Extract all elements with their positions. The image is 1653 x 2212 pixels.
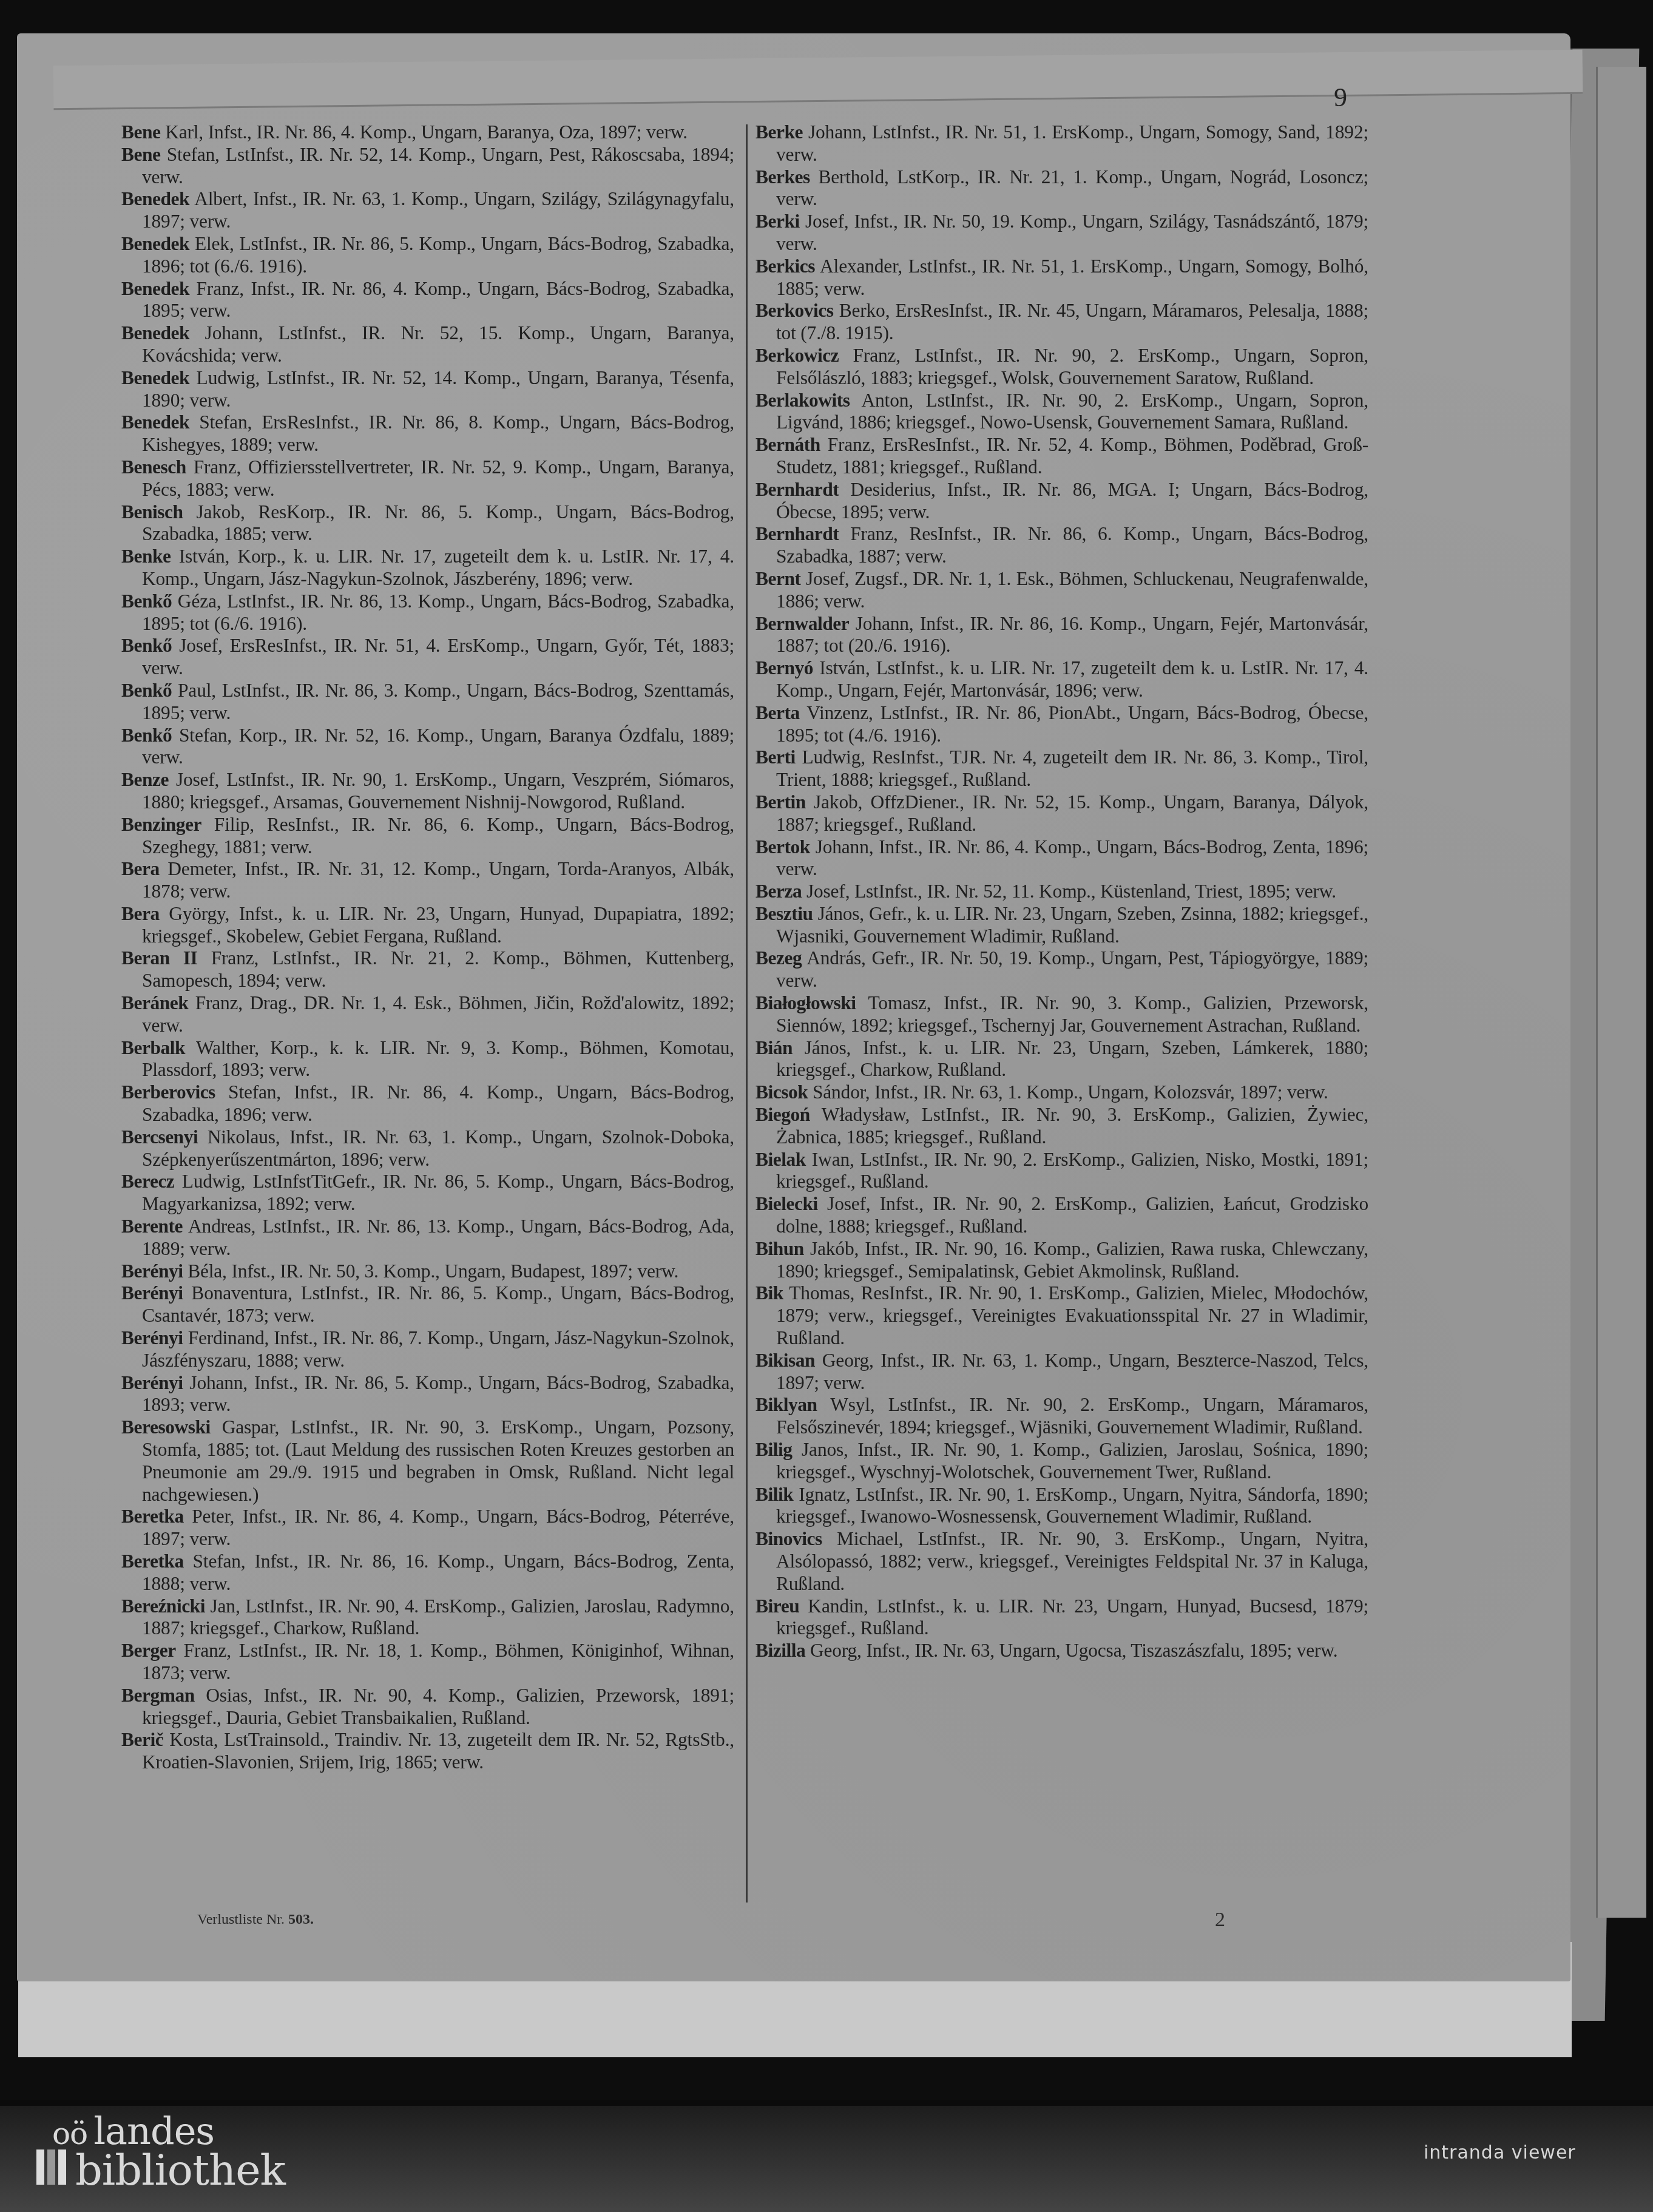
casualty-entry: Bereźnicki Jan, LstInfst., IR. Nr. 90, 4… [121, 1595, 734, 1640]
entry-surname: Benedek [121, 278, 189, 299]
entry-details: Kandin, LstInfst., k. u. LIR. Nr. 23, Un… [776, 1595, 1368, 1639]
casualty-entry: Bernwalder Johann, Infst., IR. Nr. 86, 1… [756, 613, 1368, 658]
entry-details: Władysław, LstInfst., IR. Nr. 90, 3. Ers… [776, 1104, 1368, 1148]
casualty-entry: Berényi Johann, Infst., IR. Nr. 86, 5. K… [121, 1372, 734, 1417]
casualty-entry: Bielecki Josef, Infst., IR. Nr. 90, 2. E… [756, 1193, 1368, 1238]
logo-bars-icon [36, 2145, 69, 2195]
casualty-entry: Berberovics Stefan, Infst., IR. Nr. 86, … [121, 1081, 734, 1126]
entry-details: Osias, Infst., IR. Nr. 90, 4. Komp., Gal… [142, 1685, 734, 1728]
casualty-entry: Biklyan Wsyl, LstInfst., IR. Nr. 90, 2. … [756, 1394, 1368, 1439]
entry-surname: Berti [756, 746, 796, 768]
entry-surname: Berkes [756, 166, 810, 188]
entry-surname: Berta [756, 702, 800, 723]
entry-details: Ferdinand, Infst., IR. Nr. 86, 7. Komp.,… [142, 1327, 734, 1371]
entry-details: Franz, ResInfst., IR. Nr. 86, 6. Komp., … [776, 523, 1368, 567]
entry-details: Franz, Infst., IR. Nr. 86, 4. Komp., Ung… [142, 278, 734, 322]
entry-details: Albert, Infst., IR. Nr. 63, 1. Komp., Un… [142, 188, 734, 232]
entry-surname: Benedek [121, 322, 189, 343]
entry-details: Filip, ResInfst., IR. Nr. 86, 6. Komp., … [142, 814, 734, 857]
entry-surname: Berecz [121, 1171, 174, 1192]
casualty-entry: Beretka Peter, Infst., IR. Nr. 86, 4. Ko… [121, 1506, 734, 1551]
entry-surname: Berbalk [121, 1037, 185, 1058]
entry-surname: Bikisan [756, 1350, 815, 1371]
entry-surname: Bezeg [756, 947, 802, 969]
column-divider [746, 124, 748, 1903]
entry-surname: Benisch [121, 501, 183, 523]
entry-surname: Bernwalder [756, 613, 849, 634]
casualty-entry: Bertin Jakob, OffzDiener., IR. Nr. 52, 1… [756, 791, 1368, 836]
casualty-entry: Benesch Franz, Offiziersstellvertreter, … [121, 456, 734, 501]
entry-surname: Bilig [756, 1439, 793, 1460]
casualty-entry: Berger Franz, LstInfst., IR. Nr. 18, 1. … [121, 1640, 734, 1685]
entry-details: Kosta, LstTrainsold., Traindiv. Nr. 13, … [142, 1729, 734, 1773]
entry-details: Desiderius, Infst., IR. Nr. 86, MGA. I; … [776, 479, 1368, 523]
entry-surname: Benedek [121, 233, 189, 254]
entry-details: Berko, ErsResInfst., IR. Nr. 45, Ungarn,… [776, 300, 1368, 343]
entry-surname: Benkő [121, 680, 172, 701]
entry-surname: Bielak [756, 1149, 806, 1170]
entry-surname: Benesch [121, 456, 186, 478]
casualty-entry: Bilig Janos, Infst., IR. Nr. 90, 1. Komp… [756, 1439, 1368, 1484]
casualty-entry: Bercsenyi Nikolaus, Infst., IR. Nr. 63, … [121, 1126, 734, 1171]
casualty-entry: Benedek Ludwig, LstInfst., IR. Nr. 52, 1… [121, 367, 734, 412]
entry-surname: Bernt [756, 568, 800, 589]
casualty-entry: Beretka Stefan, Infst., IR. Nr. 86, 16. … [121, 1551, 734, 1595]
entry-surname: Bertok [756, 836, 810, 857]
right-column: Berke Johann, LstInfst., IR. Nr. 51, 1. … [756, 121, 1368, 1662]
casualty-entry: Bizilla Georg, Infst., IR. Nr. 63, Ungar… [756, 1640, 1368, 1662]
casualty-entry: Bernt Josef, Zugsf., DR. Nr. 1, 1. Esk.,… [756, 568, 1368, 613]
entry-details: Franz, ErsResInfst., IR. Nr. 52, 4. Komp… [776, 434, 1368, 478]
entry-details: Stefan, ErsResInfst., IR. Nr. 86, 8. Kom… [142, 411, 734, 455]
casualty-entry: Bián János, Infst., k. u. LIR. Nr. 23, U… [756, 1037, 1368, 1082]
entry-surname: Benedek [121, 411, 189, 433]
entry-surname: Bereźnicki [121, 1595, 205, 1617]
entry-surname: Bera [121, 903, 160, 924]
casualty-entry: Białogłowski Tomasz, Infst., IR. Nr. 90,… [756, 992, 1368, 1037]
entry-details: Georg, Infst., IR. Nr. 63, 1. Komp., Ung… [776, 1350, 1368, 1393]
entry-details: Vinzenz, LstInfst., IR. Nr. 86, PionAbt.… [776, 702, 1368, 746]
entry-surname: Berger [121, 1640, 176, 1661]
entry-details: Jakob, ResKorp., IR. Nr. 86, 5. Komp., U… [142, 501, 734, 545]
entry-details: Thomas, ResInfst., IR. Nr. 90, 1. ErsKom… [776, 1282, 1368, 1348]
casualty-entry: Berényi Ferdinand, Infst., IR. Nr. 86, 7… [121, 1327, 734, 1372]
entry-surname: Berente [121, 1216, 183, 1237]
entry-surname: Beran II [121, 947, 197, 969]
entry-surname: Bizilla [756, 1640, 805, 1661]
entry-surname: Besztiu [756, 903, 813, 924]
entry-surname: Berič [121, 1729, 163, 1750]
entry-details: Iwan, LstInfst., IR. Nr. 90, 2. ErsKomp.… [776, 1149, 1368, 1192]
entry-details: Franz, Drag., DR. Nr. 1, 4. Esk., Böhmen… [142, 992, 734, 1036]
entry-details: István, Korp., k. u. LIR. Nr. 17, zugete… [142, 546, 734, 589]
entry-details: János, Infst., k. u. LIR. Nr. 23, Ungarn… [776, 1037, 1368, 1081]
entry-surname: Binovics [756, 1528, 822, 1549]
casualty-entry: Berecz Ludwig, LstInfstTitGefr., IR. Nr.… [121, 1171, 734, 1216]
casualty-entry: Berki Josef, Infst., IR. Nr. 50, 19. Kom… [756, 211, 1368, 255]
entry-surname: Bene [121, 121, 161, 143]
entry-surname: Berberovics [121, 1081, 215, 1103]
entry-details: Stefan, Infst., IR. Nr. 86, 4. Komp., Un… [142, 1081, 734, 1125]
page-footer-title: Verlustliste Nr. 503. [197, 1912, 314, 1928]
casualty-entry: Berti Ludwig, ResInfst., TJR. Nr. 4, zug… [756, 746, 1368, 791]
left-column: Bene Karl, Infst., IR. Nr. 86, 4. Komp.,… [121, 121, 734, 1774]
logo-line-2: bibliothek [36, 2145, 285, 2195]
entry-details: Stefan, Korp., IR. Nr. 52, 16. Komp., Un… [142, 725, 734, 768]
entry-surname: Berkowicz [756, 345, 839, 366]
entry-surname: Biklyan [756, 1394, 817, 1415]
casualty-entry: Bertok Johann, Infst., IR. Nr. 86, 4. Ko… [756, 836, 1368, 881]
casualty-entry: Berta Vinzenz, LstInfst., IR. Nr. 86, Pi… [756, 702, 1368, 747]
entry-surname: Benedek [121, 367, 189, 388]
entry-surname: Benkő [121, 725, 172, 746]
entry-surname: Berki [756, 211, 800, 232]
casualty-entry: Berke Johann, LstInfst., IR. Nr. 51, 1. … [756, 121, 1368, 166]
entry-details: Tomasz, Infst., IR. Nr. 90, 3. Komp., Ga… [776, 992, 1368, 1036]
casualty-entry: Bik Thomas, ResInfst., IR. Nr. 90, 1. Er… [756, 1282, 1368, 1349]
scan-viewport: 9 Bene Karl, Infst., IR. Nr. 86, 4. Komp… [0, 0, 1653, 2100]
entry-details: András, Gefr., IR. Nr. 50, 19. Komp., Un… [776, 947, 1368, 991]
casualty-entry: Benedek Johann, LstInfst., IR. Nr. 52, 1… [121, 322, 734, 367]
entry-surname: Berkovics [756, 300, 833, 321]
entry-details: Walther, Korp., k. k. LIR. Nr. 9, 3. Kom… [142, 1037, 734, 1081]
entry-details: Gaspar, LstInfst., IR. Nr. 90, 3. ErsKom… [142, 1416, 734, 1504]
entry-surname: Benkő [121, 635, 172, 656]
entry-surname: Bik [756, 1282, 783, 1304]
entry-details: Demeter, Infst., IR. Nr. 31, 12. Komp., … [142, 858, 734, 902]
entry-surname: Biegoń [756, 1104, 810, 1125]
casualty-entry: Beresowski Gaspar, LstInfst., IR. Nr. 90… [121, 1416, 734, 1506]
entry-surname: Berényi [121, 1327, 183, 1348]
entry-surname: Benzinger [121, 814, 201, 835]
entry-details: Josef, LstInfst., IR. Nr. 90, 1. ErsKomp… [142, 769, 734, 813]
casualty-entry: Benkő Josef, ErsResInfst., IR. Nr. 51, 4… [121, 635, 734, 680]
casualty-entry: Benze Josef, LstInfst., IR. Nr. 90, 1. E… [121, 769, 734, 814]
entry-details: Nikolaus, Infst., IR. Nr. 63, 1. Komp., … [142, 1126, 734, 1170]
entry-details: Stefan, LstInfst., IR. Nr. 52, 14. Komp.… [142, 144, 734, 188]
entry-surname: Bera [121, 858, 160, 879]
entry-details: Elek, LstInfst., IR. Nr. 86, 5. Komp., U… [142, 233, 734, 277]
entry-details: Peter, Infst., IR. Nr. 86, 4. Komp., Ung… [142, 1506, 734, 1549]
entry-surname: Benedek [121, 188, 189, 209]
casualty-entry: Bera Demeter, Infst., IR. Nr. 31, 12. Ko… [121, 858, 734, 903]
entry-surname: Berza [756, 881, 802, 902]
entry-surname: Berkics [756, 255, 815, 277]
entry-details: Paul, LstInfst., IR. Nr. 86, 3. Komp., U… [142, 680, 734, 723]
entry-surname: Białogłowski [756, 992, 856, 1013]
casualty-entry: Berkics Alexander, LstInfst., IR. Nr. 51… [756, 255, 1368, 300]
casualty-entry: Bilik Ignatz, LstInfst., IR. Nr. 90, 1. … [756, 1484, 1368, 1529]
entry-surname: Berke [756, 121, 803, 143]
casualty-entry: Benedek Albert, Infst., IR. Nr. 63, 1. K… [121, 188, 734, 233]
entry-surname: Berényi [121, 1260, 183, 1282]
entry-surname: Bercsenyi [121, 1126, 198, 1148]
casualty-entry: Bicsok Sándor, Infst., IR. Nr. 63, 1. Ko… [756, 1081, 1368, 1104]
casualty-entry: Bielak Iwan, LstInfst., IR. Nr. 90, 2. E… [756, 1149, 1368, 1194]
entry-surname: Bernyó [756, 657, 813, 678]
entry-details: Johann, Infst., IR. Nr. 86, 5. Komp., Un… [142, 1372, 734, 1416]
signature-mark: 2 [1215, 1909, 1225, 1932]
entry-surname: Bilik [756, 1484, 793, 1505]
entry-details: Géza, LstInfst., IR. Nr. 86, 13. Komp., … [142, 590, 734, 634]
casualty-entry: Benke István, Korp., k. u. LIR. Nr. 17, … [121, 546, 734, 590]
entry-surname: Benze [121, 769, 169, 790]
entry-details: Georg, Infst., IR. Nr. 63, Ungarn, Ugocs… [810, 1640, 1338, 1661]
entry-surname: Berényi [121, 1372, 183, 1393]
entry-details: István, LstInfst., k. u. LIR. Nr. 17, zu… [776, 657, 1368, 701]
entry-details: Johann, Infst., IR. Nr. 86, 16. Komp., U… [776, 613, 1368, 657]
casualty-entry: Benkő Stefan, Korp., IR. Nr. 52, 16. Kom… [121, 725, 734, 769]
entry-surname: Bireu [756, 1595, 799, 1617]
entry-details: Ignatz, LstInfst., IR. Nr. 90, 1. ErsKom… [776, 1484, 1368, 1527]
page-fold [53, 50, 1583, 110]
entry-surname: Berényi [121, 1282, 183, 1304]
casualty-entry: Berényi Béla, Infst., IR. Nr. 50, 3. Kom… [121, 1260, 734, 1283]
entry-details: Ludwig, ResInfst., TJR. Nr. 4, zugeteilt… [776, 746, 1368, 790]
casualty-entry: Berkes Berthold, LstKorp., IR. Nr. 21, 1… [756, 166, 1368, 211]
entry-surname: Bertin [756, 791, 806, 813]
entry-surname: Benke [121, 546, 171, 567]
entry-details: Josef, Infst., IR. Nr. 90, 2. ErsKomp., … [776, 1193, 1368, 1237]
casualty-entry: Berza Josef, LstInfst., IR. Nr. 52, 11. … [756, 881, 1368, 903]
entry-details: Josef, ErsResInfst., IR. Nr. 51, 4. ErsK… [142, 635, 734, 678]
entry-surname: Bihun [756, 1238, 804, 1259]
entry-details: Sándor, Infst., IR. Nr. 63, 1. Komp., Un… [813, 1081, 1328, 1103]
entry-details: Wsyl, LstInfst., IR. Nr. 90, 2. ErsKomp.… [776, 1394, 1368, 1438]
footer-label: Verlustliste Nr. [197, 1912, 285, 1927]
entry-surname: Bicsok [756, 1081, 808, 1103]
entry-details: Berthold, LstKorp., IR. Nr. 21, 1. Komp.… [776, 166, 1368, 210]
entry-details: Franz, LstInfst., IR. Nr. 21, 2. Komp., … [142, 947, 734, 991]
entry-details: Karl, Infst., IR. Nr. 86, 4. Komp., Unga… [165, 121, 688, 143]
casualty-entry: Bernáth Franz, ErsResInfst., IR. Nr. 52,… [756, 434, 1368, 479]
casualty-entry: Bernhardt Desiderius, Infst., IR. Nr. 86… [756, 479, 1368, 524]
entry-details: Jakób, Infst., IR. Nr. 90, 16. Komp., Ga… [776, 1238, 1368, 1282]
casualty-entry: Bikisan Georg, Infst., IR. Nr. 63, 1. Ko… [756, 1350, 1368, 1395]
entry-details: Ludwig, LstInfstTitGefr., IR. Nr. 86, 5.… [142, 1171, 734, 1214]
page-stack-edge [1596, 67, 1646, 1918]
entry-details: Jakob, OffzDiener., IR. Nr. 52, 15. Komp… [776, 791, 1368, 835]
entry-surname: Beresowski [121, 1416, 211, 1438]
viewer-brand[interactable]: intranda viewer [1424, 2142, 1576, 2163]
entry-surname: Benkő [121, 590, 172, 612]
entry-details: Josef, Infst., IR. Nr. 50, 19. Komp., Un… [776, 211, 1368, 254]
entry-details: Janos, Infst., IR. Nr. 90, 1. Komp., Gal… [776, 1439, 1368, 1483]
casualty-entry: Berič Kosta, LstTrainsold., Traindiv. Nr… [121, 1729, 734, 1774]
casualty-entry: Biegoń Władysław, LstInfst., IR. Nr. 90,… [756, 1104, 1368, 1149]
entry-details: Michael, LstInfst., IR. Nr. 90, 3. ErsKo… [776, 1528, 1368, 1594]
casualty-entry: Berlakowits Anton, LstInfst., IR. Nr. 90… [756, 390, 1368, 435]
entry-details: Josef, Zugsf., DR. Nr. 1, 1. Esk., Böhme… [776, 568, 1368, 612]
entry-surname: Beránek [121, 992, 188, 1013]
entry-surname: Beretka [121, 1551, 184, 1572]
entry-details: Ludwig, LstInfst., IR. Nr. 52, 14. Komp.… [142, 367, 734, 411]
casualty-entry: Berente Andreas, LstInfst., IR. Nr. 86, … [121, 1216, 734, 1260]
casualty-entry: Benkő Paul, LstInfst., IR. Nr. 86, 3. Ko… [121, 680, 734, 725]
entry-details: György, Infst., k. u. LIR. Nr. 23, Ungar… [142, 903, 734, 947]
entry-details: Alexander, LstInfst., IR. Nr. 51, 1. Ers… [776, 255, 1368, 299]
casualty-entry: Benkő Géza, LstInfst., IR. Nr. 86, 13. K… [121, 590, 734, 635]
entry-surname: Bene [121, 144, 161, 165]
entry-details: Franz, Offiziersstellvertreter, IR. Nr. … [142, 456, 734, 500]
casualty-entry: Bernyó István, LstInfst., k. u. LIR. Nr.… [756, 657, 1368, 702]
casualty-entry: Benisch Jakob, ResKorp., IR. Nr. 86, 5. … [121, 501, 734, 546]
entry-details: Jan, LstInfst., IR. Nr. 90, 4. ErsKomp.,… [142, 1595, 734, 1639]
casualty-entry: Benedek Elek, LstInfst., IR. Nr. 86, 5. … [121, 233, 734, 278]
entry-surname: Beretka [121, 1506, 184, 1527]
logo-word-bibliothek: bibliothek [75, 2145, 285, 2195]
entry-surname: Bielecki [756, 1193, 818, 1214]
entry-surname: Bián [756, 1037, 793, 1058]
entry-details: Bonaventura, LstInfst., IR. Nr. 86, 5. K… [142, 1282, 734, 1326]
entry-surname: Bernhardt [756, 523, 839, 544]
casualty-entry: Binovics Michael, LstInfst., IR. Nr. 90,… [756, 1528, 1368, 1595]
casualty-entry: Bezeg András, Gefr., IR. Nr. 50, 19. Kom… [756, 947, 1368, 992]
casualty-entry: Beran II Franz, LstInfst., IR. Nr. 21, 2… [121, 947, 734, 992]
casualty-entry: Bireu Kandin, LstInfst., k. u. LIR. Nr. … [756, 1595, 1368, 1640]
entry-details: Andreas, LstInfst., IR. Nr. 86, 13. Komp… [142, 1216, 734, 1259]
entry-details: Johann, LstInfst., IR. Nr. 51, 1. ErsKom… [776, 121, 1368, 165]
entry-surname: Berlakowits [756, 390, 850, 411]
casualty-entry: Benedek Franz, Infst., IR. Nr. 86, 4. Ko… [121, 278, 734, 323]
footer-number: 503. [288, 1912, 314, 1927]
casualty-entry: Benzinger Filip, ResInfst., IR. Nr. 86, … [121, 814, 734, 859]
casualty-entry: Beránek Franz, Drag., DR. Nr. 1, 4. Esk.… [121, 992, 734, 1037]
casualty-entry: Bene Stefan, LstInfst., IR. Nr. 52, 14. … [121, 144, 734, 189]
casualty-entry: Benedek Stefan, ErsResInfst., IR. Nr. 86… [121, 411, 734, 456]
casualty-entry: Berkowicz Franz, LstInfst., IR. Nr. 90, … [756, 345, 1368, 390]
casualty-entry: Berényi Bonaventura, LstInfst., IR. Nr. … [121, 1282, 734, 1327]
casualty-entry: Bihun Jakób, Infst., IR. Nr. 90, 16. Kom… [756, 1238, 1368, 1283]
casualty-entry: Besztiu János, Gefr., k. u. LIR. Nr. 23,… [756, 903, 1368, 948]
casualty-entry: Bergman Osias, Infst., IR. Nr. 90, 4. Ko… [121, 1685, 734, 1730]
casualty-entry: Bera György, Infst., k. u. LIR. Nr. 23, … [121, 903, 734, 948]
casualty-entry: Bene Karl, Infst., IR. Nr. 86, 4. Komp.,… [121, 121, 734, 144]
entry-surname: Bergman [121, 1685, 195, 1706]
page-number: 9 [1334, 82, 1347, 113]
casualty-entry: Berbalk Walther, Korp., k. k. LIR. Nr. 9… [121, 1037, 734, 1082]
entry-surname: Bernhardt [756, 479, 839, 500]
entry-details: Josef, LstInfst., IR. Nr. 52, 11. Komp.,… [806, 881, 1336, 902]
casualty-entry: Berkovics Berko, ErsResInfst., IR. Nr. 4… [756, 300, 1368, 345]
entry-surname: Bernáth [756, 434, 820, 455]
entry-details: Franz, LstInfst., IR. Nr. 90, 2. ErsKomp… [776, 345, 1368, 388]
casualty-entry: Bernhardt Franz, ResInfst., IR. Nr. 86, … [756, 523, 1368, 568]
entry-details: János, Gefr., k. u. LIR. Nr. 23, Ungarn,… [776, 903, 1368, 947]
entry-details: Anton, LstInfst., IR. Nr. 90, 2. ErsKomp… [776, 390, 1368, 433]
entry-details: Johann, Infst., IR. Nr. 86, 4. Komp., Un… [776, 836, 1368, 880]
entry-details: Béla, Infst., IR. Nr. 50, 3. Komp., Unga… [188, 1260, 678, 1282]
entry-details: Stefan, Infst., IR. Nr. 86, 16. Komp., U… [142, 1551, 734, 1594]
entry-details: Johann, LstInfst., IR. Nr. 52, 15. Komp.… [142, 322, 734, 366]
entry-details: Franz, LstInfst., IR. Nr. 18, 1. Komp., … [142, 1640, 734, 1683]
